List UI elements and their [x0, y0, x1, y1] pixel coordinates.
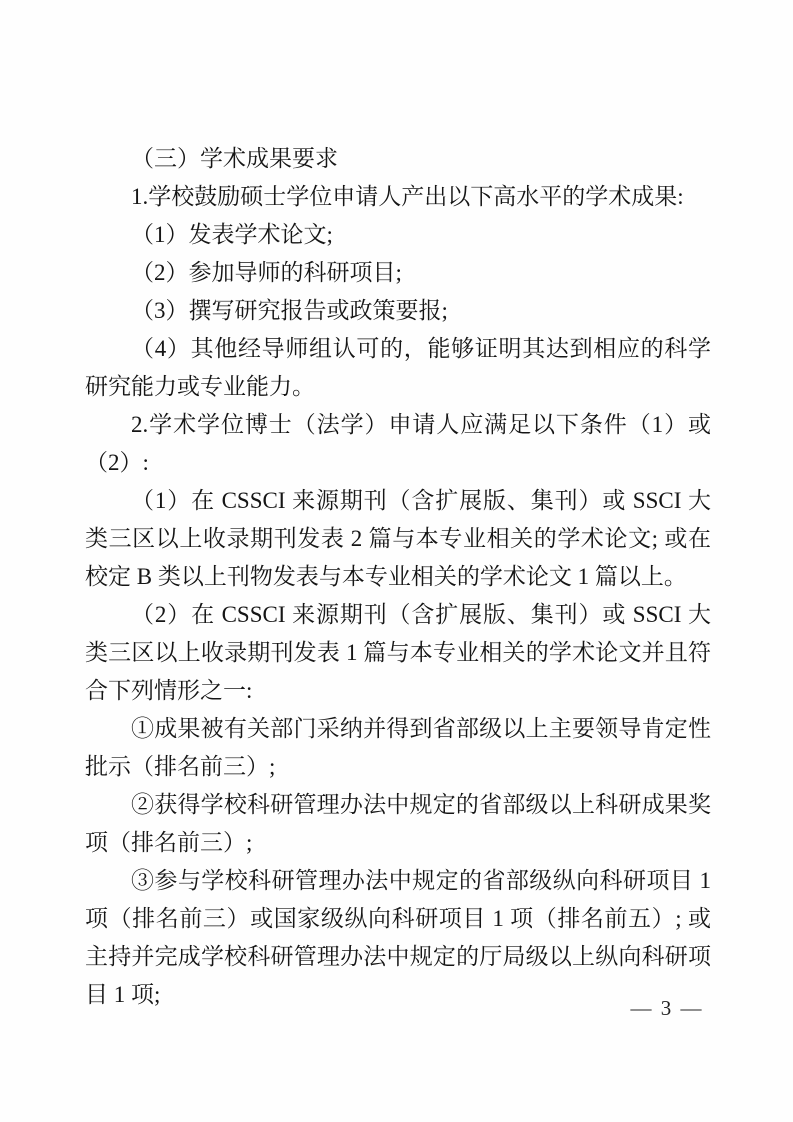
paragraph: （4）其他经导师组认可的，能够证明其达到相应的科学研究能力或专业能力。 [85, 330, 711, 406]
paragraph: （1）在 CSSCI 来源期刊（含扩展版、集刊）或 SSCI 大类三区以上收录期… [85, 482, 711, 596]
paragraph: ②获得学校科研管理办法中规定的省部级以上科研成果奖项（排名前三）; [85, 786, 711, 862]
document-page: （三）学术成果要求 1.学校鼓励硕士学位申请人产出以下高水平的学术成果: （1）… [0, 0, 793, 1122]
page-footer: — 3 — [622, 996, 712, 1021]
paragraph: 2.学术学位博士（法学）申请人应满足以下条件（1）或（2）: [85, 406, 711, 482]
paragraph: 1.学校鼓励硕士学位申请人产出以下高水平的学术成果: [85, 178, 711, 216]
paragraph: ①成果被有关部门采纳并得到省部级以上主要领导肯定性批示（排名前三）; [85, 710, 711, 786]
paragraph: ③参与学校科研管理办法中规定的省部级纵向科研项目 1 项（排名前三）或国家级纵向… [85, 862, 711, 1014]
page-number: — 3 — [631, 996, 704, 1020]
paragraph: （2）在 CSSCI 来源期刊（含扩展版、集刊）或 SSCI 大类三区以上收录期… [85, 596, 711, 710]
document-body: （三）学术成果要求 1.学校鼓励硕士学位申请人产出以下高水平的学术成果: （1）… [85, 140, 711, 1014]
paragraph: （2）参加导师的科研项目; [85, 254, 711, 292]
section-heading: （三）学术成果要求 [85, 140, 711, 178]
paragraph: （3）撰写研究报告或政策要报; [85, 292, 711, 330]
paragraph: （1）发表学术论文; [85, 216, 711, 254]
